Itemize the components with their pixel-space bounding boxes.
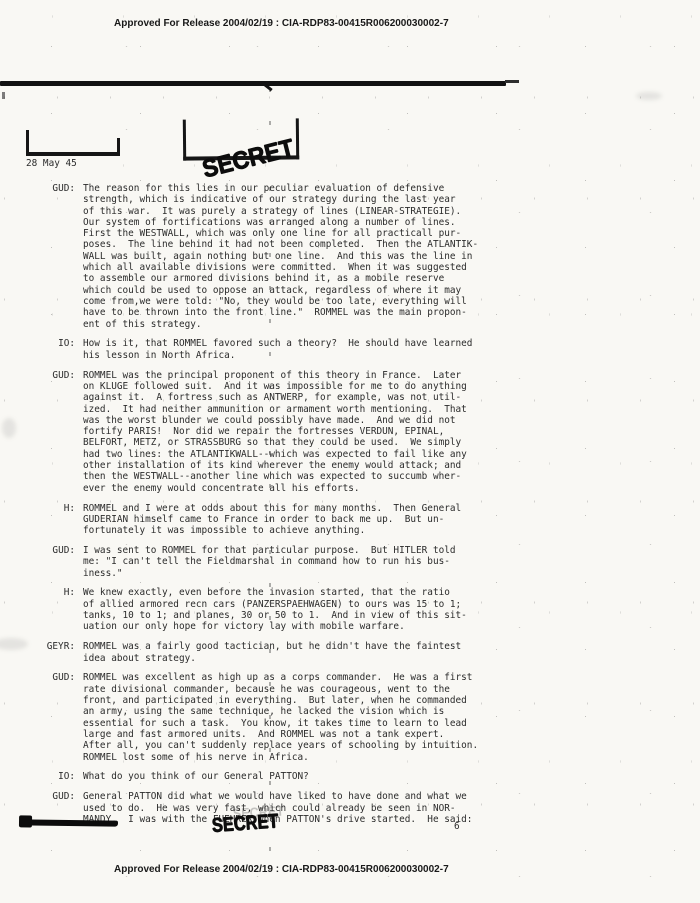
speaker-label: H: <box>0 587 75 632</box>
paragraph-text: ROMMEL and I were at odds about this for… <box>83 503 461 537</box>
paragraph-text: I was sent to ROMMEL for that particular… <box>83 545 456 579</box>
date-label: 28 May 45 <box>26 158 77 169</box>
paragraph-text: ROMMEL was a fairly good tactician, but … <box>83 641 461 664</box>
paragraph-text: How is it, that ROMMEL favored such a th… <box>83 338 472 361</box>
transcript-paragraph: GUD: ROMMEL was the principal proponent … <box>0 370 700 494</box>
speaker-label: GUD: <box>0 183 75 330</box>
speaker-label: IO: <box>0 771 75 782</box>
secret-stamp-bottom: SECRET <box>211 810 279 838</box>
speaker-label: H: <box>0 503 75 537</box>
transcript-paragraph: IO: What do you think of our General PAT… <box>0 771 700 782</box>
declassification-header: Approved For Release 2004/02/19 : CIA-RD… <box>114 18 594 29</box>
transcript-paragraph: IO: How is it, that ROMMEL favored such … <box>0 338 700 361</box>
transcript: GUD: The reason for this lies in our pec… <box>0 183 700 834</box>
scan-smudge <box>2 418 16 438</box>
date-bracket-mark <box>26 138 120 156</box>
paragraph-text: We knew exactly, even before the invasio… <box>83 587 467 632</box>
transcript-paragraph: H: We knew exactly, even before the inva… <box>0 587 700 632</box>
paragraph-text: The reason for this lies in our peculiar… <box>83 183 478 330</box>
speaker-label: GUD: <box>0 545 75 579</box>
top-border-line <box>0 81 506 86</box>
speaker-label: GUD: <box>0 672 75 762</box>
transcript-paragraph: GUD: ROMMEL was excellent as high up as … <box>0 672 700 762</box>
paragraph-text: ROMMEL was excellent as high up as a cor… <box>83 672 478 762</box>
page-number: 6 <box>454 821 460 832</box>
transcript-paragraph: H: ROMMEL and I were at odds about this … <box>0 503 700 537</box>
transcript-paragraph: GUD: I was sent to ROMMEL for that parti… <box>0 545 700 579</box>
transcript-paragraph: GEYR: ROMMEL was a fairly good tactician… <box>0 641 700 664</box>
top-border-line-tail <box>505 80 519 83</box>
declassification-footer: Approved For Release 2004/02/19 : CIA-RD… <box>114 864 594 875</box>
transcript-paragraph: GUD: The reason for this lies in our pec… <box>0 183 700 330</box>
paragraph-text: ROMMEL was the principal proponent of th… <box>83 370 467 494</box>
paragraph-text: What do you think of our General PATTON? <box>83 771 309 782</box>
scanned-document-page: Approved For Release 2004/02/19 : CIA-RD… <box>0 0 700 903</box>
edge-mark <box>2 92 5 99</box>
scan-smudge <box>636 92 662 100</box>
speaker-label: IO: <box>0 338 75 361</box>
